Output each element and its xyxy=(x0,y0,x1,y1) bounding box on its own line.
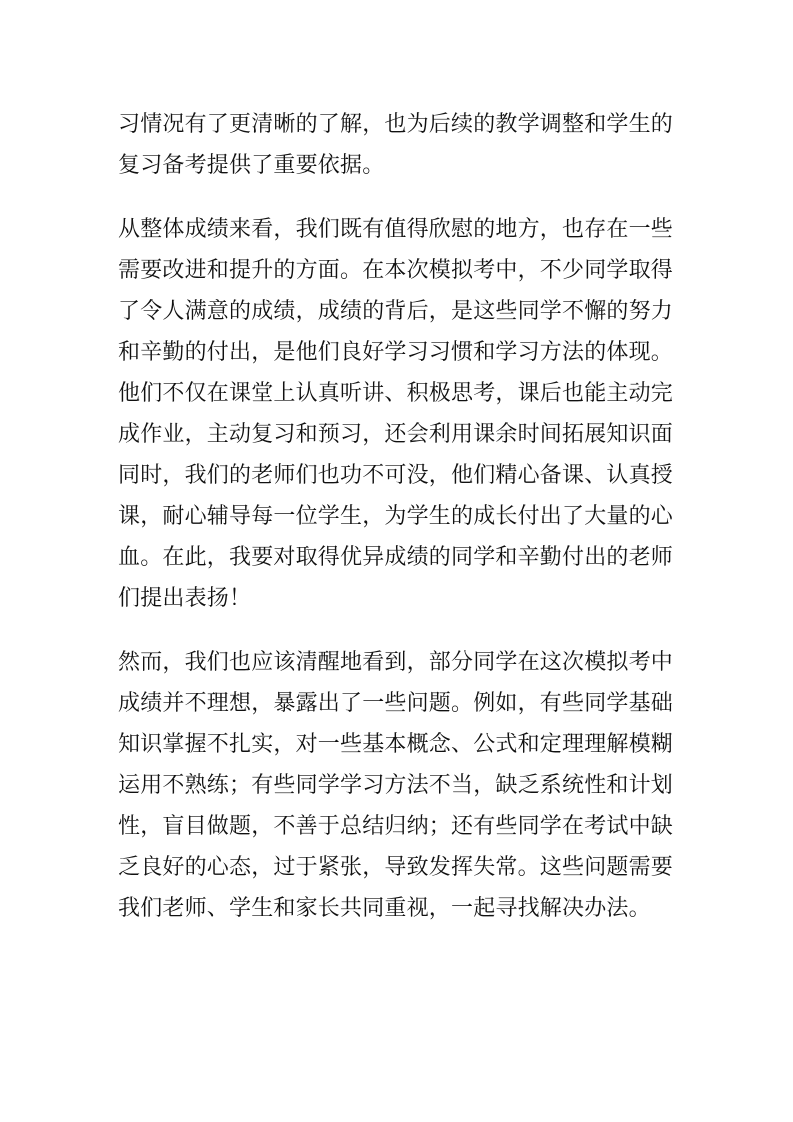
text-line: 和辛勤的付出，是他们良好学习习惯和学习方法的体现。 xyxy=(118,332,678,373)
paragraph-intro-continuation: 习情况有了更清晰的了解，也为后续的教学调整和学生的 复习备考提供了重要依据。 xyxy=(118,104,678,186)
text-line: 复习备考提供了重要依据。 xyxy=(118,145,678,186)
text-line: 运用不熟练；有些同学学习方法不当，缺乏系统性和计划 xyxy=(118,765,678,806)
text-line: 他们不仅在课堂上认真听讲、积极思考，课后也能主动完 xyxy=(118,373,678,414)
text-line: 乏良好的心态，过于紧张，导致发挥失常。这些问题需要 xyxy=(118,847,678,888)
paragraph-achievements: 从整体成绩来看，我们既有值得欣慰的地方，也存在一些 需要改进和提升的方面。在本次… xyxy=(118,209,678,619)
text-line: 然而，我们也应该清醒地看到，部分同学在这次模拟考中 xyxy=(118,642,678,683)
text-line: 性，盲目做题，不善于总结归纳；还有些同学在考试中缺 xyxy=(118,806,678,847)
text-line: 习情况有了更清晰的了解，也为后续的教学调整和学生的 xyxy=(118,104,678,145)
text-line: 课，耐心辅导每一位学生，为学生的成长付出了大量的心 xyxy=(118,496,678,537)
text-line: 知识掌握不扎实，对一些基本概念、公式和定理理解模糊 xyxy=(118,724,678,765)
text-line: 我们老师、学生和家长共同重视，一起寻找解决办法。 xyxy=(118,888,678,929)
text-line: 从整体成绩来看，我们既有值得欣慰的地方，也存在一些 xyxy=(118,209,678,250)
paragraph-problems: 然而，我们也应该清醒地看到，部分同学在这次模拟考中 成绩并不理想，暴露出了一些问… xyxy=(118,642,678,929)
text-line: 了令人满意的成绩，成绩的背后，是这些同学不懈的努力 xyxy=(118,291,678,332)
text-line: 需要改进和提升的方面。在本次模拟考中，不少同学取得 xyxy=(118,250,678,291)
text-line: 们提出表扬！ xyxy=(118,578,678,619)
text-line: 成绩并不理想，暴露出了一些问题。例如，有些同学基础 xyxy=(118,683,678,724)
text-line: 同时，我们的老师们也功不可没，他们精心备课、认真授 xyxy=(118,455,678,496)
document-page: 习情况有了更清晰的了解，也为后续的教学调整和学生的 复习备考提供了重要依据。 从… xyxy=(118,104,678,952)
text-line: 成作业，主动复习和预习，还会利用课余时间拓展知识面 xyxy=(118,414,678,455)
text-line: 血。在此，我要对取得优异成绩的同学和辛勤付出的老师 xyxy=(118,537,678,578)
